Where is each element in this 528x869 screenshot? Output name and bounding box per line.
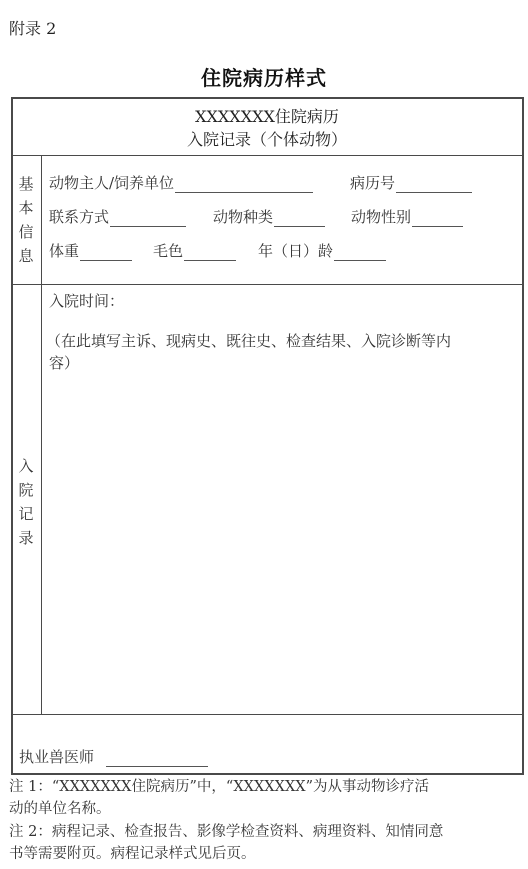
admission-instruction-line2: 容） <box>49 352 79 373</box>
table-border-bottom <box>11 773 524 775</box>
veterinarian-signature-field[interactable]: 执业兽医师 <box>19 746 208 767</box>
divider-record <box>11 714 524 715</box>
owner-input[interactable] <box>175 176 313 193</box>
divider-header <box>11 155 524 156</box>
weight-field[interactable]: 体重 <box>49 240 132 261</box>
admission-record-textarea[interactable] <box>43 375 521 711</box>
section-char: 本 <box>11 196 41 220</box>
table-border-right <box>522 97 524 775</box>
owner-field[interactable]: 动物主人/饲养单位 <box>49 172 313 193</box>
weight-input[interactable] <box>80 244 132 261</box>
admission-record-section-label: 入 院 记 录 <box>11 454 41 550</box>
sex-field[interactable]: 动物性别 <box>351 206 463 227</box>
section-char: 院 <box>11 478 41 502</box>
veterinarian-signature-input[interactable] <box>106 750 208 767</box>
species-input[interactable] <box>274 210 325 227</box>
owner-label: 动物主人/饲养单位 <box>49 172 174 193</box>
coat-color-label: 毛色 <box>153 240 183 261</box>
weight-label: 体重 <box>49 240 79 261</box>
record-number-field[interactable]: 病历号 <box>350 172 472 193</box>
contact-input[interactable] <box>110 210 186 227</box>
species-label: 动物种类 <box>213 206 273 227</box>
age-field[interactable]: 年（日）龄 <box>258 240 386 261</box>
section-char: 信 <box>11 220 41 244</box>
admission-time-label: 入院时间： <box>49 290 124 311</box>
note-2-line1: 注 2：病程记录、检查报告、影像学检查资料、病理资料、知情同意 <box>9 821 524 843</box>
document-title: 住院病历样式 <box>0 62 528 91</box>
form-header-title: XXXXXXX住院病历 <box>11 104 523 127</box>
note-1-line2: 动的单位名称。 <box>9 798 524 820</box>
admission-instruction-line1: （在此填写主诉、现病史、既往史、检查结果、入院诊断等内 <box>46 330 451 351</box>
note-1-line1: 注 1：“XXXXXXX住院病历”中，“XXXXXXX”为从事动物诊疗活 <box>9 776 524 798</box>
appendix-label: 附录 2 <box>9 16 56 39</box>
section-char: 录 <box>11 526 41 550</box>
age-label: 年（日）龄 <box>258 240 333 261</box>
section-char: 入 <box>11 454 41 478</box>
sex-input[interactable] <box>412 210 463 227</box>
contact-field[interactable]: 联系方式 <box>49 206 186 227</box>
note-2: 注 2：病程记录、检查报告、影像学检查资料、病理资料、知情同意 书等需要附页。病… <box>9 821 524 865</box>
section-char: 基 <box>11 172 41 196</box>
veterinarian-label: 执业兽医师 <box>19 746 94 767</box>
basic-info-section-label: 基 本 信 息 <box>11 172 41 268</box>
record-number-label: 病历号 <box>350 172 395 193</box>
note-1: 注 1：“XXXXXXX住院病历”中，“XXXXXXX”为从事动物诊疗活 动的单… <box>9 776 524 820</box>
form-header-subtitle: 入院记录（个体动物） <box>11 127 523 150</box>
species-field[interactable]: 动物种类 <box>213 206 325 227</box>
table-border-top <box>11 97 524 99</box>
note-2-line2: 书等需要附页。病程记录样式见后页。 <box>9 843 524 865</box>
contact-label: 联系方式 <box>49 206 109 227</box>
coat-color-input[interactable] <box>184 244 236 261</box>
divider-basic-info <box>11 284 524 285</box>
age-input[interactable] <box>334 244 386 261</box>
section-char: 息 <box>11 244 41 268</box>
section-char: 记 <box>11 502 41 526</box>
sex-label: 动物性别 <box>351 206 411 227</box>
record-number-input[interactable] <box>396 176 472 193</box>
coat-color-field[interactable]: 毛色 <box>153 240 236 261</box>
divider-section-column <box>41 155 42 715</box>
